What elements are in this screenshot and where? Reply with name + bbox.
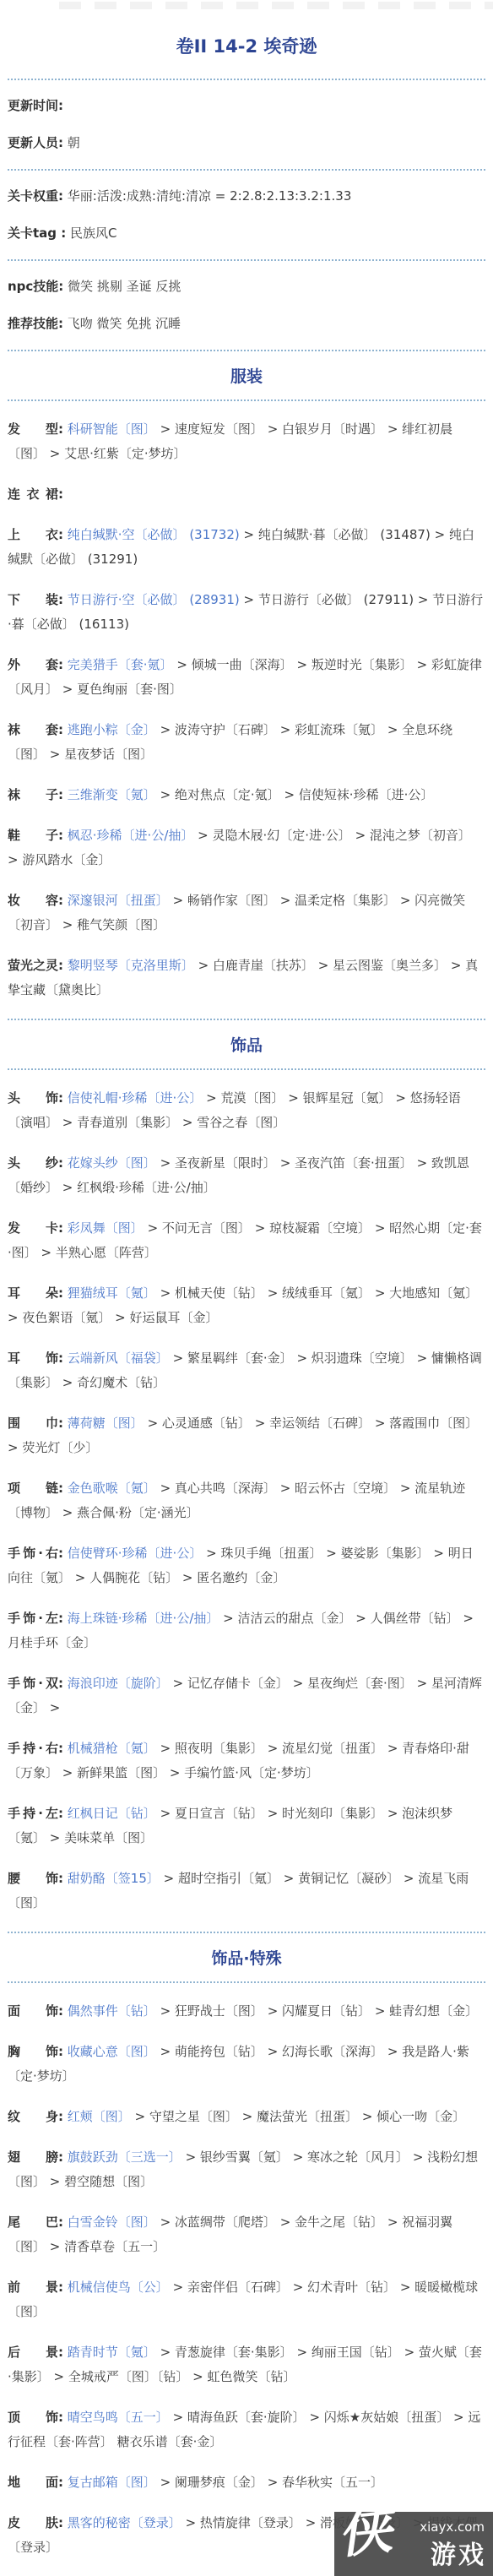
item-text: 荒漠〔图〕 (220, 1090, 284, 1106)
item-text: 洁洁云的甜点〔金〕 (237, 1611, 351, 1626)
separator: > (396, 1481, 414, 1496)
separator: > (263, 2044, 282, 2059)
separator: > (37, 1245, 56, 1260)
item-text: 亲密伴侣〔石碑〕 (187, 2280, 289, 2295)
separator: > (280, 787, 299, 802)
row-label: 鞋子 (8, 823, 58, 848)
row-label-colon: : (58, 1546, 63, 1561)
item-link[interactable]: 狸猫绒耳〔氪〕 (68, 1285, 156, 1301)
separator: > (156, 1481, 175, 1496)
info-row: 更新人员: 朝 (8, 132, 485, 155)
item-link[interactable]: 白雪金铃〔图〕 (68, 2215, 156, 2230)
item-row: 外套: 完美猎手〔套·氪〕 > 倾城一曲〔深海〕 > 叛逆时光〔集影〕 > 彩虹… (8, 653, 485, 702)
separator: > (202, 1090, 220, 1106)
item-link[interactable]: 云端新风〔福袋〕 (68, 1350, 169, 1366)
separator: > (202, 1546, 220, 1561)
item-text: 金牛之尾〔钻〕 (295, 2215, 383, 2230)
row-label-colon: : (58, 893, 63, 908)
row-label-colon: : (58, 657, 63, 672)
separator: > (131, 2109, 149, 2124)
separator: > (396, 893, 414, 908)
item-link[interactable]: 纯白缄默·空〔必做〕 (31732) (68, 527, 240, 542)
separator: > (293, 657, 312, 672)
item-row: 妆容: 深邃银河〔扭蛋〕 > 畅销作家〔图〕 > 温柔定格〔集影〕 > 闪亮微笑… (8, 889, 485, 937)
info-label: npc技能: (8, 279, 63, 294)
separator: > (238, 2109, 257, 2124)
item-text: 阑珊梦痕〔金〕 (175, 2475, 263, 2490)
item-link[interactable]: 深邃银河〔扭蛋〕 (68, 893, 169, 908)
info-row: 关卡tag : 民族风C (8, 222, 485, 245)
separator: > (276, 722, 295, 737)
row-label-colon: : (58, 2345, 63, 2360)
separator: > (409, 2149, 427, 2165)
separator: > (8, 852, 22, 867)
separator: > (447, 958, 465, 973)
separator: > (169, 1350, 187, 1366)
item-text: 冰蓝绸带〔爬塔〕 (175, 2215, 276, 2230)
separator: > (414, 592, 432, 607)
item-text: 星夜梦话〔图〕 (64, 747, 153, 762)
section-divider (8, 1068, 485, 1070)
item-text: 星夜绚烂〔套·图〕 (307, 1676, 413, 1691)
item-text: 银纱雪翼〔氪〕 (200, 2149, 289, 2165)
item-text: 人偶丝带〔钻〕 (371, 1611, 459, 1626)
row-label: 纹身 (8, 2105, 58, 2129)
separator: > (50, 2369, 68, 2384)
separator: > (71, 1570, 89, 1585)
item-text: 萌能挎包〔钻〕 (175, 2044, 263, 2059)
separator: > (144, 1416, 162, 1431)
item-row: 顶饰: 晴空鸟鸣〔五一〕 > 晴海鱼跃〔套·旋阶〕 > 闪烁★灰姑娘〔扭蛋〕 >… (8, 2405, 485, 2454)
item-text: 糖衣乐谱〔套·金〕 (117, 2434, 223, 2449)
separator: > (156, 2003, 175, 2019)
separator: > (240, 527, 258, 542)
item-link[interactable]: 逃跑小粽〔金〕 (68, 722, 156, 737)
item-text: 手编竹篮·风〔定·梦坊〕 (184, 1765, 319, 1780)
item-text: 机械天使〔钻〕 (175, 1285, 263, 1301)
watermark-brand-word: 游戏 (431, 2534, 486, 2571)
item-text: 闪烁★灰姑娘〔扭蛋〕 (324, 2410, 449, 2425)
info-row: 关卡权重: 华丽:活泼:成熟:清纯:清凉 = 2:2.8:2.13:3.2:1.… (8, 185, 485, 208)
item-text: 时光刻印〔集影〕 (282, 1806, 383, 1821)
row-label-colon: : (58, 1416, 63, 1431)
item-link[interactable]: 信使礼帽·珍稀〔进·公〕 (68, 1090, 203, 1106)
row-label: 顶饰 (8, 2405, 58, 2430)
row-label: 项链 (8, 1476, 58, 1501)
separator: > (156, 1285, 175, 1301)
row-label: 耳饰 (8, 1346, 58, 1371)
item-link[interactable]: 薄荷糖〔图〕 (68, 1416, 144, 1431)
separator: > (284, 1090, 302, 1106)
separator: > (289, 2149, 307, 2165)
row-label: 外套 (8, 653, 58, 677)
separator: > (194, 958, 213, 973)
row-label: 妆容 (8, 889, 58, 913)
item-row: 后景: 踏青时节〔氪〕 > 青葱旋律〔套·集影〕 > 绚丽王国〔钻〕 > 萤火赋… (8, 2340, 485, 2389)
separator: > (383, 722, 402, 737)
item-link[interactable]: 金色歌喉〔氪〕 (68, 1481, 156, 1496)
item-text: 不问无言〔图〕 (162, 1220, 251, 1236)
separator: > (46, 1700, 60, 1715)
item-row: 袜套: 逃跑小粽〔金〕 > 波涛守护〔石碑〕 > 彩虹流珠〔氪〕 > 全息环绕〔… (8, 718, 485, 767)
separator: > (293, 2345, 312, 2360)
row-label: 胸饰 (8, 2040, 58, 2064)
item-text: 全城戒严〔图〕〔钻〕 (68, 2369, 189, 2384)
row-label-colon: : (58, 1806, 63, 1821)
item-text: 速度短发〔图〕 (175, 421, 263, 437)
item-text: 幻术青叶〔钻〕 (307, 2280, 396, 2295)
row-label-colon: : (58, 1155, 63, 1171)
separator: > (8, 1440, 22, 1455)
item-text: 闪耀夏日〔钻〕 (282, 2003, 371, 2019)
section-divider (8, 259, 485, 261)
item-text: 碧空随想〔图〕 (64, 2174, 153, 2189)
item-text: 波涛守护〔石碑〕 (175, 722, 276, 737)
separator: > (173, 657, 192, 672)
separator: > (276, 893, 295, 908)
separator: > (156, 2044, 175, 2059)
separator: > (58, 1765, 77, 1780)
row-label-colon: : (58, 1285, 63, 1301)
separator: > (383, 1806, 402, 1821)
separator: > (430, 1546, 448, 1561)
item-row: 萤光之灵: 黎明竖琴〔克洛里斯〕 > 白鹿青崖〔扶苏〕 > 星云图鉴〔奥兰多〕 … (8, 954, 485, 1003)
separator: > (58, 917, 77, 932)
row-label-colon: : (58, 2215, 63, 2230)
item-link[interactable]: 机械信使鸟〔公〕 (68, 2280, 169, 2295)
item-text: 绝对焦点〔定·氪〕 (175, 787, 280, 802)
section-divider (8, 1981, 485, 1983)
row-label: 尾巴 (8, 2210, 58, 2235)
info-value: 民族风C (70, 226, 116, 241)
item-text: 叛逆时光〔集影〕 (312, 657, 413, 672)
item-text: 美味菜单〔图〕 (64, 1830, 153, 1845)
item-text: 银辉星冠〔氪〕 (303, 1090, 392, 1106)
item-row: 发卡: 彩凤舞〔图〕 > 不问无言〔图〕 > 琼枝凝霜〔空境〕 > 昭然心期〔定… (8, 1216, 485, 1265)
separator: > (178, 1570, 197, 1585)
info-row: npc技能: 微笑 挑剔 圣诞 反挑 (8, 275, 485, 298)
item-text: 温柔定格〔集影〕 (295, 893, 396, 908)
section-divider (8, 399, 485, 401)
separator: > (276, 1481, 295, 1496)
info-value: 朝 (68, 135, 80, 150)
section-heading: 饰品·特殊 (8, 1946, 485, 1969)
row-label: 手饰·右 (8, 1541, 58, 1566)
row-label-colon: : (58, 787, 63, 802)
separator: > (156, 2215, 175, 2230)
separator: > (46, 446, 64, 461)
row-label-colon: : (58, 2515, 63, 2530)
separator: > (169, 2410, 187, 2425)
item-text: 艾思·红紫〔定·梦坊〕 (64, 446, 187, 461)
item-text: 彩虹流珠〔氪〕 (295, 722, 383, 737)
separator: > (58, 1180, 77, 1195)
item-link[interactable]: 复古邮箱〔图〕 (68, 2475, 156, 2490)
row-label-colon: : (58, 486, 63, 502)
item-text: 晴海鱼跃〔套·旋阶〕 (187, 2410, 306, 2425)
item-text: 混沌之梦〔初音〕 (370, 828, 471, 843)
separator: > (396, 2280, 414, 2295)
item-text: 琼枝凝霜〔空境〕 (269, 1220, 371, 1236)
item-row: 地面: 复古邮箱〔图〕 > 阑珊梦痕〔金〕 > 春华秋实〔五一〕 (8, 2470, 485, 2495)
separator: > (301, 2515, 320, 2530)
item-text: 匿名邀约〔金〕 (197, 1570, 285, 1585)
item-link[interactable]: 机械猎枪〔氪〕 (68, 1741, 156, 1756)
row-label: 地面 (8, 2470, 58, 2495)
generated-content: 更新时间: 更新人员: 朝关卡权重: 华丽:活泼:成熟:清纯:清凉 = 2:2.… (8, 79, 485, 2560)
item-text: 绚丽王国〔钻〕 (312, 2345, 400, 2360)
separator: > (383, 421, 402, 437)
item-link[interactable]: 节日游行·空〔必做〕 (28931) (68, 592, 240, 607)
info-value: 华丽:活泼:成熟:清纯:清凉 = 2:2.8:2.13:3.2:1.33 (68, 188, 352, 204)
item-text: 心灵通感〔钻〕 (162, 1416, 251, 1431)
separator: > (413, 1350, 431, 1366)
item-row: 尾巴: 白雪金铃〔图〕 > 冰蓝绸带〔爬塔〕 > 金牛之尾〔钻〕 > 祝福羽翼〔… (8, 2210, 485, 2259)
item-link[interactable]: 完美猎手〔套·氪〕 (68, 657, 173, 672)
row-label-colon: : (58, 1090, 63, 1106)
separator: > (293, 1350, 312, 1366)
row-label: 翅膀 (8, 2145, 58, 2170)
item-text: 畅销作家〔图〕 (187, 893, 276, 908)
separator: > (219, 1611, 237, 1626)
top-edge-artifact (59, 2, 493, 9)
separator: > (276, 2215, 295, 2230)
item-row: 腰饰: 甜奶酪〔签15〕 > 超时空指引〔氪〕 > 黄铜记忆〔凝砂〕 > 流星飞… (8, 1867, 485, 1916)
separator: > (314, 958, 333, 973)
item-text: 蛙青幻想〔金〕 (389, 2003, 478, 2019)
info-label: 更新时间: (8, 98, 63, 113)
item-text: 荧光灯〔少〕 (22, 1440, 98, 1455)
info-row: 推荐技能: 飞吻 微笑 免挑 沉睡 (8, 312, 485, 335)
separator: > (181, 2515, 200, 2530)
item-row: 头纱: 花嫁头纱〔图〕 > 圣夜新星〔限时〕 > 圣夜汽笛〔套·扭蛋〕 > 致凯… (8, 1151, 485, 1200)
separator: > (156, 1806, 175, 1821)
row-label-colon: : (58, 1676, 63, 1691)
item-text: 半熟心愿〔阵营〕 (56, 1245, 157, 1260)
item-link[interactable]: 收藏心意〔图〕 (68, 2044, 156, 2059)
separator: > (371, 2003, 389, 2019)
item-text: 白银岁月〔时遇〕 (282, 421, 383, 437)
item-text: 青春道别〔集影〕 (77, 1115, 178, 1130)
row-label: 耳朵 (8, 1281, 58, 1306)
item-text: 灵隐木屐·幻〔定·进·公〕 (212, 828, 350, 843)
item-text: 游风踏水〔金〕 (22, 852, 111, 867)
item-text: 奇幻魔术〔钻〕 (77, 1375, 165, 1390)
row-label: 头饰 (8, 1086, 58, 1111)
separator: > (169, 1676, 187, 1691)
row-label: 前景 (8, 2275, 58, 2300)
item-row: 袜子: 三维渐变〔氪〕 > 绝对焦点〔定·氪〕 > 信使短袜·珍稀〔进·公〕 (8, 783, 485, 807)
info-row: 更新时间: (8, 95, 485, 117)
section-divider (8, 1932, 485, 1933)
item-text: 繁星羁绊〔套·金〕 (187, 1350, 293, 1366)
separator: > (358, 2109, 377, 2124)
separator: > (240, 592, 258, 607)
item-link[interactable]: 三维渐变〔氪〕 (68, 787, 156, 802)
item-text: 照夜明〔集影〕 (175, 1741, 263, 1756)
watermark: 侠 xiayx.com 游戏 (334, 2512, 493, 2576)
item-link[interactable]: 海上珠链·珍稀〔进·公/抽〕 (68, 1611, 219, 1626)
item-text: 雪谷之春〔图〕 (197, 1115, 285, 1130)
item-row: 手持·左: 红枫日记〔钻〕 > 夏日宣言〔钻〕 > 时光刻印〔集影〕 > 泡沫织… (8, 1802, 485, 1850)
item-text: 幻海长歌〔深海〕 (282, 2044, 383, 2059)
item-link[interactable]: 晴空鸟鸣〔五一〕 (68, 2410, 169, 2425)
row-label-colon: : (58, 2280, 63, 2295)
info-label: 关卡tag : (8, 226, 66, 241)
separator: > (371, 1416, 389, 1431)
separator: > (169, 893, 187, 908)
info-value: 飞吻 微笑 免挑 沉睡 (68, 316, 181, 331)
item-link[interactable]: 踏青时节〔氪〕 (68, 2345, 156, 2360)
item-link[interactable]: 枫忍·珍稀〔进·公/抽〕 (68, 828, 194, 843)
separator: > (263, 1285, 282, 1301)
separator: > (289, 2280, 307, 2295)
item-text: 燕合佩·粉〔定·涵光〕 (77, 1505, 199, 1520)
item-link[interactable]: 偶然事件〔钻〕 (68, 2003, 156, 2019)
separator: > (169, 2280, 187, 2295)
item-row: 连衣裙: (8, 482, 485, 507)
item-text: 纯白缄默·暮〔必做〕 (31487) (258, 527, 431, 542)
item-link[interactable]: 花嫁头纱〔图〕 (68, 1155, 156, 1171)
item-text: 珠贝手绳〔扭蛋〕 (220, 1546, 322, 1561)
item-text: 好运鼠耳〔金〕 (129, 1310, 218, 1325)
item-row: 手持·右: 机械猎枪〔氪〕 > 照夜明〔集影〕 > 流星幻觉〔扭蛋〕 > 青春烙… (8, 1736, 485, 1785)
item-row: 头饰: 信使礼帽·珍稀〔进·公〕 > 荒漠〔图〕 > 银辉星冠〔氪〕 > 悠扬轻… (8, 1086, 485, 1135)
item-link[interactable]: 甜奶酪〔签15〕 (68, 1871, 160, 1886)
row-label: 上衣 (8, 523, 58, 547)
row-label-colon: : (58, 2003, 63, 2019)
item-text: 信使短袜·珍稀〔进·公〕 (299, 787, 434, 802)
item-row: 耳朵: 狸猫绒耳〔氪〕 > 机械天使〔钻〕 > 绒绒垂耳〔氪〕 > 大地感知〔氪… (8, 1281, 485, 1330)
row-label-colon: : (58, 2475, 63, 2490)
separator: > (392, 1090, 410, 1106)
item-link[interactable]: 海浪印迹〔旋阶〕 (68, 1676, 169, 1691)
item-text: 绒绒垂耳〔氪〕 (282, 1285, 371, 1301)
separator: > (156, 421, 175, 437)
item-text: 圣夜新星〔限时〕 (175, 1155, 276, 1171)
separator: > (58, 1375, 77, 1390)
item-text: 夏色绚丽〔套·图〕 (77, 682, 182, 697)
item-row: 面饰: 偶然事件〔钻〕 > 狂野战士〔图〕 > 闪耀夏日〔钻〕 > 蛙青幻想〔金… (8, 1999, 485, 2024)
separator: > (263, 1741, 282, 1756)
separator: > (46, 1830, 64, 1845)
separator: > (400, 2345, 419, 2360)
item-text: 稚气笑颜〔图〕 (77, 917, 165, 932)
row-label-colon: : (58, 421, 63, 437)
item-row: 围巾: 薄荷糖〔图〕 > 心灵通感〔钻〕 > 幸运领结〔石碑〕 > 落霞围巾〔图… (8, 1411, 485, 1460)
separator: > (459, 1611, 474, 1626)
item-row: 下装: 节日游行·空〔必做〕 (28931) > 节日游行〔必做〕 (27911… (8, 588, 485, 637)
separator: > (156, 2345, 175, 2360)
row-label-colon: : (58, 2044, 63, 2059)
item-link[interactable]: 信使臂环·珍稀〔进·公〕 (68, 1546, 203, 1561)
watermark-brand-icon: 侠 (335, 2503, 394, 2562)
item-row: 前景: 机械信使鸟〔公〕 > 亲密伴侣〔石碑〕 > 幻术青叶〔钻〕 > 暖暖橄榄… (8, 2275, 485, 2324)
item-text: 新鲜果篮〔图〕 (77, 1765, 165, 1780)
row-label-colon: : (58, 1481, 63, 1496)
info-value: 微笑 挑剔 圣诞 反挑 (68, 279, 181, 294)
separator: > (413, 1155, 431, 1171)
item-text: 倾城一曲〔深海〕 (192, 657, 293, 672)
item-text: 黄铜记忆〔凝砂〕 (298, 1871, 399, 1886)
separator: > (351, 828, 370, 843)
item-link[interactable]: 旗鼓跃劲〔三选一〕 (68, 2149, 181, 2165)
item-link[interactable]: 黎明竖琴〔克洛里斯〕 (68, 958, 194, 973)
row-label-colon: : (58, 527, 63, 542)
item-link[interactable]: 红颊〔图〕 (68, 2109, 131, 2124)
separator: > (413, 657, 431, 672)
separator: > (289, 1676, 307, 1691)
item-text: 夏日宣言〔钻〕 (175, 1806, 263, 1821)
item-text: 婆娑影〔集影〕 (341, 1546, 430, 1561)
item-link[interactable]: 黑客的秘密〔登录〕 (68, 2515, 181, 2530)
info-label: 更新人员: (8, 135, 63, 150)
item-text: 昭云怀古〔空境〕 (295, 1481, 396, 1496)
item-text: 记忆存储卡〔金〕 (187, 1676, 289, 1691)
separator: > (383, 2215, 402, 2230)
item-text: 炽羽遗珠〔空境〕 (312, 1350, 413, 1366)
separator: > (449, 2410, 468, 2425)
item-row: 耳饰: 云端新风〔福袋〕 > 繁星羁绊〔套·金〕 > 炽羽遗珠〔空境〕 > 慵懒… (8, 1346, 485, 1395)
separator: > (156, 1741, 175, 1756)
row-label-colon: : (58, 2149, 63, 2165)
separator: > (413, 1676, 431, 1691)
row-label: 下装 (8, 588, 58, 612)
row-label: 腰饰 (8, 1867, 58, 1891)
item-link[interactable]: 科研智能〔图〕 (68, 421, 156, 437)
item-link[interactable]: 彩凤舞〔图〕 (68, 1220, 144, 1236)
item-row: 纹身: 红颊〔图〕 > 守望之星〔图〕 > 魔法萤光〔扭蛋〕 > 倾心一吻〔金〕 (8, 2105, 485, 2129)
item-text: 白鹿青崖〔扶苏〕 (213, 958, 314, 973)
separator: > (178, 1115, 197, 1130)
separator: > (263, 421, 282, 437)
row-label: 发卡 (8, 1216, 58, 1241)
separator: > (58, 1115, 77, 1130)
separator: > (263, 1806, 282, 1821)
item-text: 热情旋律〔登录〕 (200, 2515, 301, 2530)
item-text: 狂野战士〔图〕 (175, 2003, 263, 2019)
row-label: 袜套 (8, 718, 58, 742)
row-label: 头纱 (8, 1151, 58, 1176)
separator: > (352, 1611, 371, 1626)
separator: > (193, 828, 212, 843)
row-label: 后景 (8, 2340, 58, 2365)
info-label: 关卡权重: (8, 188, 63, 204)
separator: > (251, 1220, 269, 1236)
separator: > (276, 1155, 295, 1171)
content-area: 卷II 14-2 埃奇逊 更新时间: 更新人员: 朝关卡权重: 华丽:活泼:成熟… (0, 33, 493, 2560)
item-text: 寒冰之轮〔风月〕 (307, 2149, 409, 2165)
separator: > (263, 2003, 282, 2019)
item-row: 翅膀: 旗鼓跃劲〔三选一〕 > 银纱雪翼〔氪〕 > 寒冰之轮〔风月〕 > 浅粉幻… (8, 2145, 485, 2194)
item-link[interactable]: 红枫日记〔钻〕 (68, 1806, 156, 1821)
info-label: 推荐技能: (8, 316, 63, 331)
row-label-colon: : (58, 2410, 63, 2425)
section-heading: 饰品 (8, 1033, 485, 1056)
row-label-colon: : (58, 1220, 63, 1236)
item-text: 星云图鉴〔奥兰多〕 (333, 958, 447, 973)
separator: > (431, 527, 449, 542)
separator: > (251, 1416, 269, 1431)
item-text: 节日游行〔必做〕 (27911) (258, 592, 414, 607)
separator: > (383, 1741, 402, 1756)
separator: > (8, 1310, 22, 1325)
item-text: 月桂手环〔金〕 (8, 1635, 96, 1650)
item-row: 手饰·左: 海上珠链·珍稀〔进·公/抽〕 > 洁洁云的甜点〔金〕 > 人偶丝带〔… (8, 1606, 485, 1655)
item-row: 手饰·双: 海浪印迹〔旋阶〕 > 记忆存储卡〔金〕 > 星夜绚烂〔套·图〕 > … (8, 1671, 485, 1720)
row-label: 皮肤 (8, 2511, 58, 2535)
separator: > (46, 747, 64, 762)
